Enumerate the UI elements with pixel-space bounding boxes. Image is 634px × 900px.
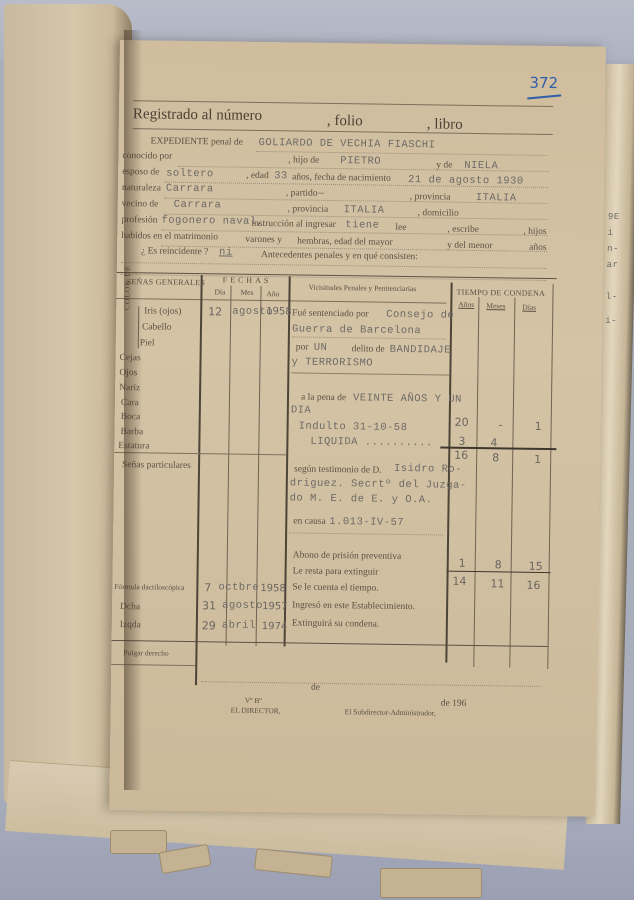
cuenta-label: Se le cuenta el tiempo.: [292, 582, 378, 593]
sentence-day: 12: [208, 305, 222, 318]
header-rule: [133, 100, 553, 107]
indulto-value: Indulto 31-10-58: [299, 421, 408, 435]
resta-meses: 11: [490, 577, 504, 590]
edge-text: i: [607, 228, 613, 238]
izqda-day: 29: [202, 619, 216, 632]
testimonio-value-3: do M. E. de E. y O.A.: [290, 492, 433, 506]
vicisitudes-header: Vicisitudes Penales y Penitenciarias: [309, 283, 417, 294]
expediente-value: GOLIARDO DE VECHIA FIASCHI: [258, 137, 435, 151]
field-line: [289, 532, 443, 535]
vecino-value: Carrara: [174, 199, 222, 212]
por-value: UN: [314, 342, 328, 354]
causa-value: 1.013-IV-57: [329, 516, 404, 529]
registrado-label: Registrado al número: [133, 106, 262, 125]
por-label: por: [296, 342, 309, 352]
sena-iris: Iris (ojos): [144, 306, 181, 317]
hijo-label: , hijo de: [288, 155, 319, 165]
sena-cabello: Cabello: [142, 322, 172, 332]
dcha-day: 31: [202, 599, 216, 612]
footer-de-196-label: de 196: [441, 699, 467, 709]
testimonio-value-1: Isidro Ro-: [394, 463, 462, 476]
subdirector-label: El Subdirector-Administrador,: [345, 707, 436, 717]
page-number: 372: [529, 74, 558, 92]
resta-dias: 16: [526, 579, 540, 592]
fechas-col-mes: Mes: [240, 288, 253, 297]
abono-meses: 8: [495, 558, 502, 571]
folio-label: , folio: [327, 113, 363, 130]
formula-day: 7: [204, 581, 211, 594]
tiempo-col-dias: Días: [522, 303, 536, 312]
expediente-label: EXPEDIENTE penal de: [151, 136, 243, 147]
delito-value-2: y TERRORISMO: [291, 356, 373, 369]
instruccion-value: tiene: [345, 219, 379, 231]
section-rule: [291, 372, 449, 375]
column-divider: [547, 284, 553, 669]
footer-de-label: de: [311, 683, 320, 693]
abono-anos: 1: [459, 557, 466, 570]
tiempo-col-meses: Meses: [486, 301, 505, 310]
sentence-year: 1958: [266, 306, 292, 317]
sentenciado-label: Fué sentenciado por: [292, 308, 369, 319]
tiempo-col-anos: Años: [458, 300, 474, 309]
tiempo-header: TIEMPO DE CONDENA: [456, 288, 545, 298]
ingreso-label: Ingresó en este Establecimiento.: [292, 600, 415, 612]
antecedentes-label: Antecedentes penales y en qué consisten:: [261, 250, 418, 262]
edge-text: l-: [606, 292, 618, 302]
testimonio-label: según testimonio de D.: [294, 464, 382, 475]
pena-label: a la pena de: [301, 393, 346, 404]
footer-line: [201, 681, 541, 687]
partido-label: , partido: [286, 188, 318, 198]
field-line: [292, 336, 446, 339]
page-gutter-shadow: [124, 30, 142, 790]
libro-label: , libro: [427, 116, 463, 133]
fechas-col-ano: Año: [266, 289, 279, 298]
edge-text: ar: [607, 260, 619, 270]
anos-fecha-label: años, fecha de nacimiento: [292, 172, 391, 183]
provincia2-label: , provincia: [288, 204, 329, 215]
fechas-col-dia: Día: [214, 287, 225, 296]
formula-month: octbre: [218, 581, 259, 594]
pena-value-1: VEINTE AÑOS Y UN: [353, 392, 462, 406]
resta-anos: 14: [452, 575, 466, 588]
causa-label: en causa: [293, 516, 326, 526]
liquida-dias: 1: [534, 453, 541, 466]
dcha-month: agosto: [222, 599, 263, 612]
izqda-month: abril: [222, 619, 256, 631]
field-line: [121, 262, 547, 269]
director-label: EL DIRECTOR,: [231, 706, 281, 716]
profesion-value: fogonero naval,: [161, 215, 263, 228]
page-number-underline: [527, 94, 561, 99]
hembras-label: hembras, edad del mayor: [297, 236, 393, 247]
extinguira-label: Extinguirá su condena.: [292, 618, 379, 629]
sentenciado-value-2: Guerra de Barcelona: [292, 323, 421, 337]
header-divider: [116, 298, 446, 304]
liquida-value: LIQUIDA ..........: [310, 436, 433, 450]
partido-value: —: [318, 188, 325, 200]
instruccion-label: instrucción al ingresar: [251, 219, 336, 230]
fechas-header: FECHAS: [223, 275, 272, 285]
condena-dias: 1: [535, 420, 542, 433]
izqda-year: 1974: [262, 621, 288, 632]
torn-paper-fragment: [110, 830, 167, 854]
edge-text: i-: [605, 316, 617, 326]
column-divider: [473, 297, 479, 667]
condena-meses: -: [499, 418, 503, 431]
reincidente-value: ni: [219, 246, 233, 258]
resta-label: Le resta para extinguir: [293, 566, 379, 577]
total-rule: [447, 571, 551, 573]
edad-label: , edad: [246, 171, 269, 181]
esposo-value: soltero: [166, 168, 214, 181]
sentenciado-value-1: Consejo de: [386, 309, 454, 322]
formula-year: 1958: [260, 583, 286, 594]
condena-anos: 20: [455, 416, 469, 429]
reincidente-label: ¿ Es reincidente ?: [141, 246, 208, 257]
liquida-anos: 16: [454, 449, 468, 462]
lee-label: lee: [395, 223, 406, 233]
column-divider: [509, 298, 515, 668]
document-page: 372 Registrado al número , folio , libro…: [109, 40, 606, 817]
naturaleza-value: Carrara: [166, 183, 214, 196]
testimonio-value-2: driguez. Secrtº del Juzga-: [290, 477, 467, 491]
delito-label: delito de: [352, 344, 385, 354]
edad-value: 33: [274, 170, 288, 182]
table-bottom-border: [112, 640, 548, 647]
abono-label: Abono de prisión preventiva: [293, 550, 402, 562]
vobo-label: Vº Bº: [245, 696, 262, 705]
edge-text: n-: [607, 244, 619, 254]
hijo-value: PIETRO: [340, 155, 381, 168]
torn-paper-fragment: [380, 868, 482, 898]
liquida-meses: 8: [492, 451, 499, 464]
varones-label: varones y: [245, 235, 282, 246]
pena-value-2: DIA: [291, 404, 312, 416]
delito-value-1: BANDIDAJE: [390, 344, 451, 357]
edge-text: 9E: [608, 212, 620, 222]
dcha-year: 1957: [262, 601, 288, 612]
provincia2-value: ITALIA: [344, 204, 385, 217]
